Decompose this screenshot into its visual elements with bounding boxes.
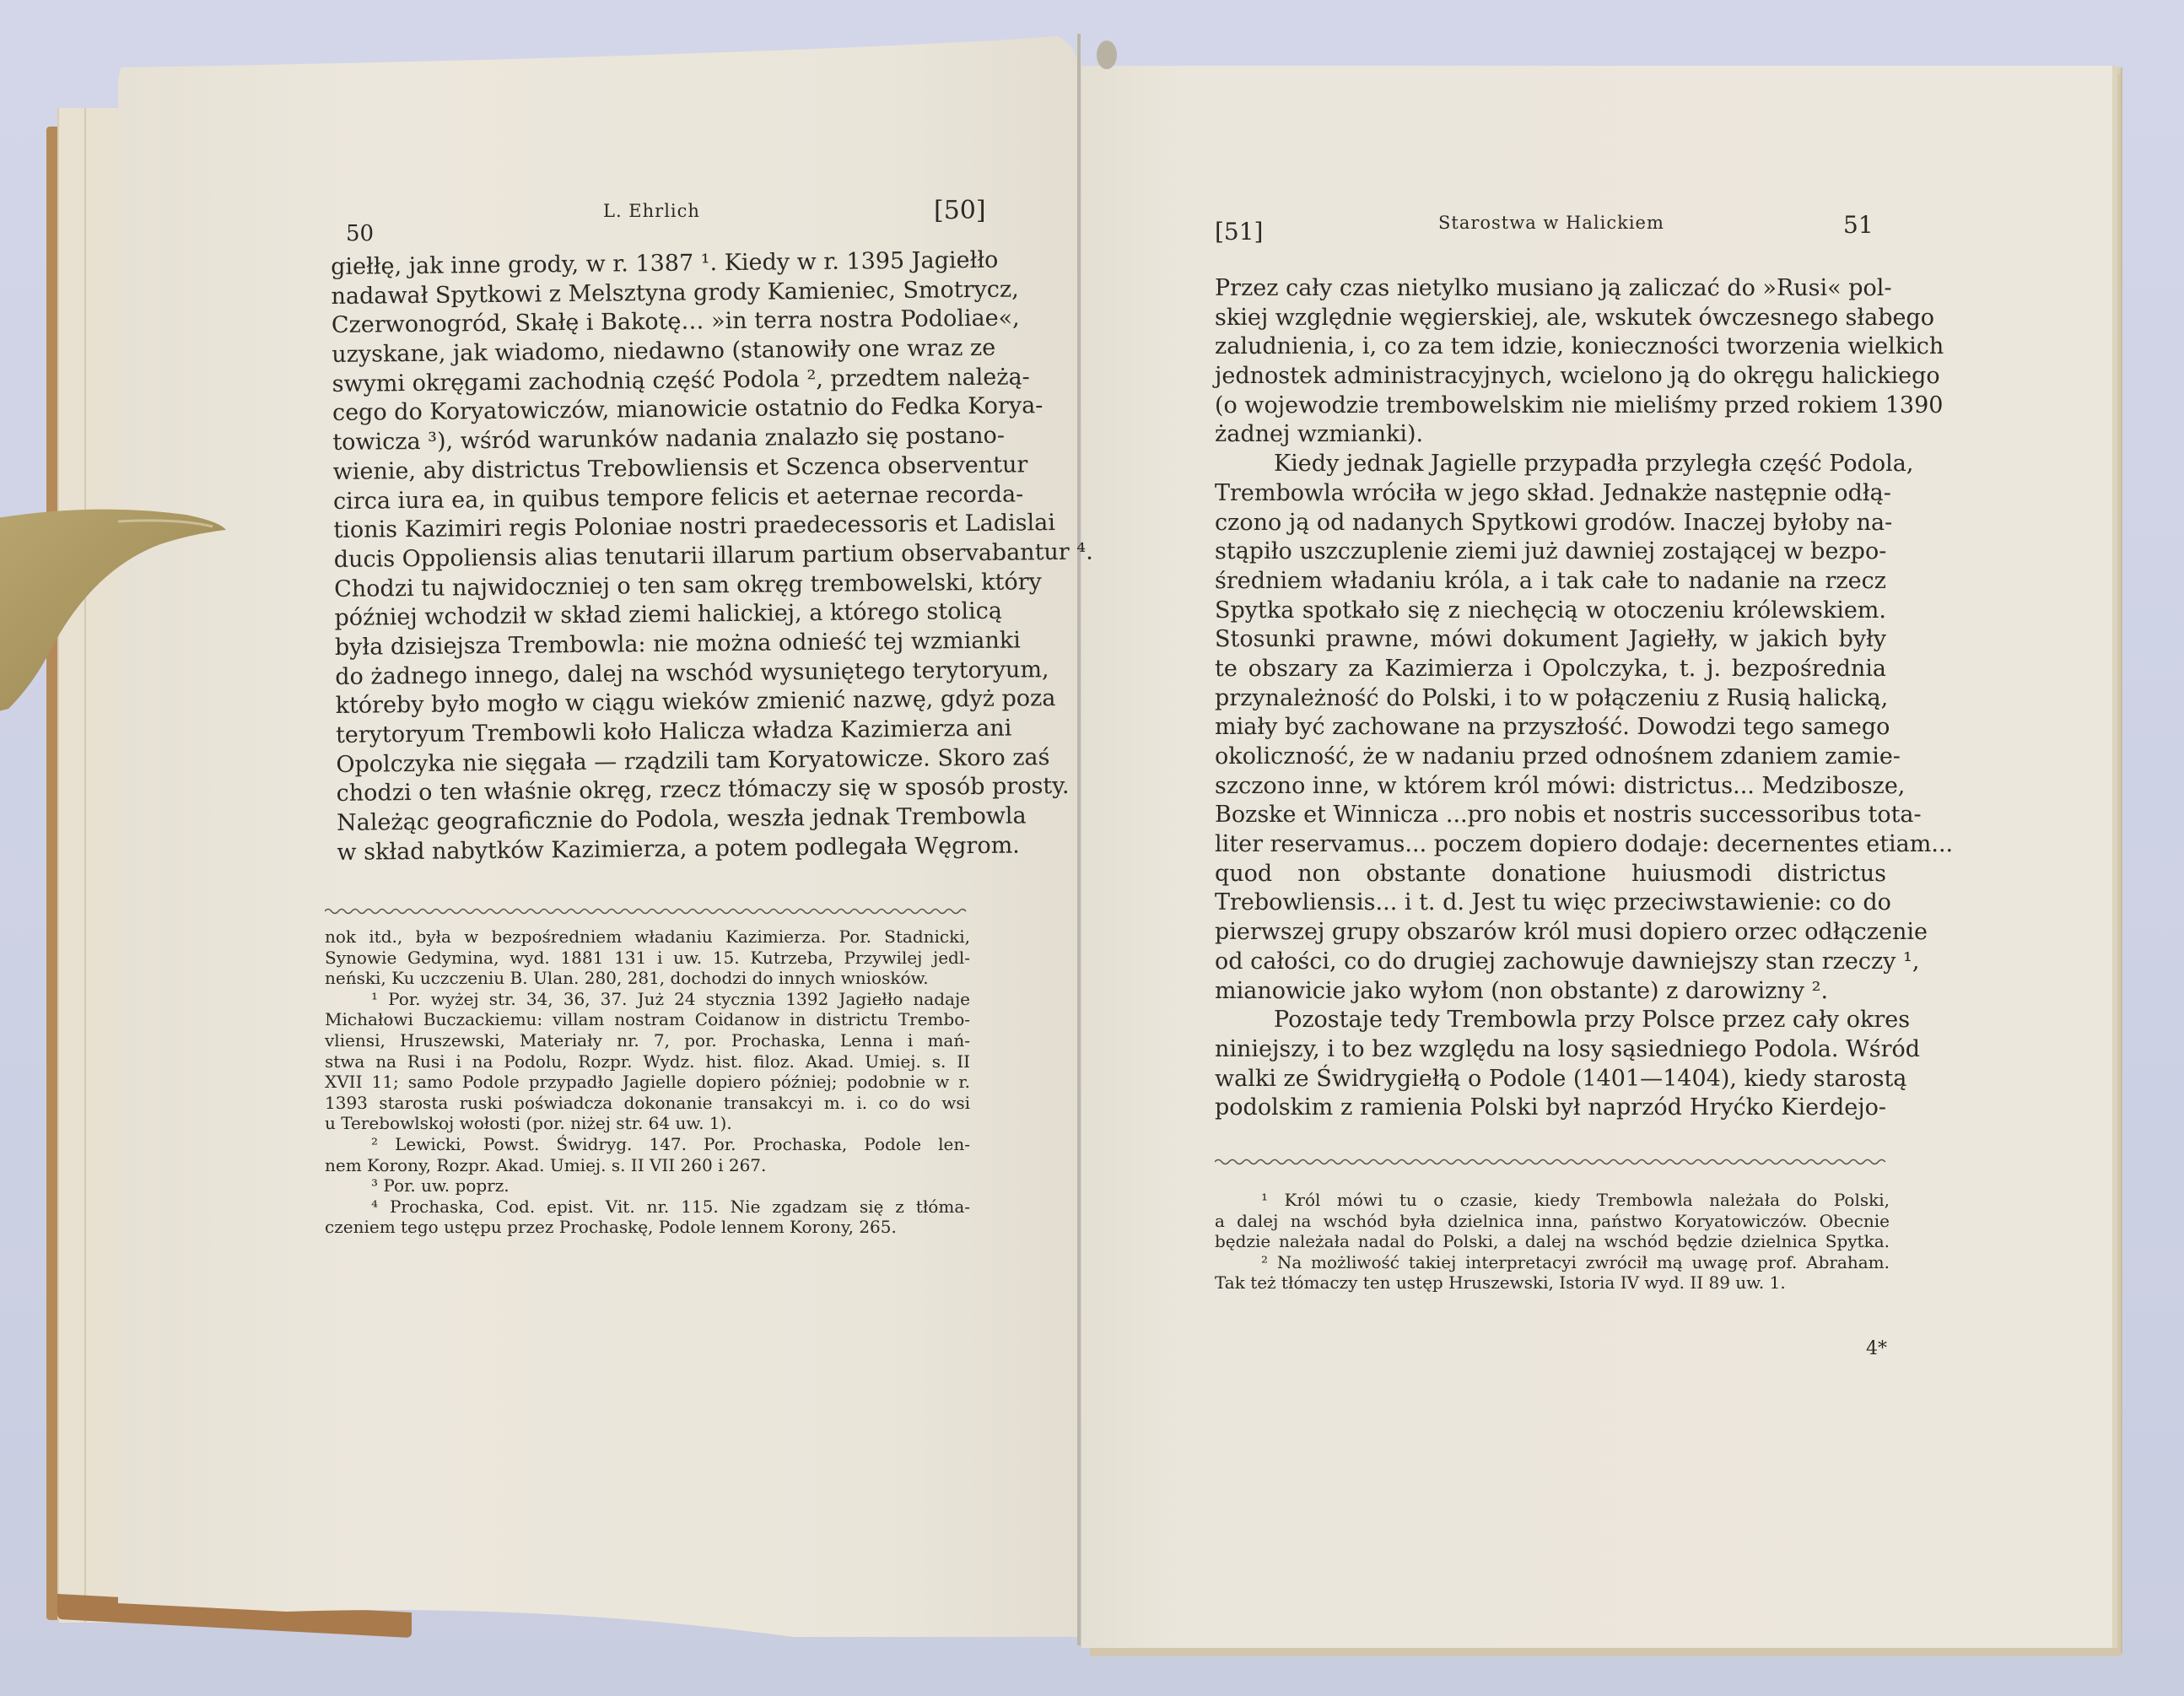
right-footnote-separator xyxy=(1215,1158,1890,1166)
body-line: Trembowla wróciła w jego skład. Jednakże… xyxy=(1215,479,1886,509)
body-line: podolskim z ramienia Polski był naprzód … xyxy=(1215,1094,1886,1123)
body-line: Kiedy jednak Jagielle przypadła przyległ… xyxy=(1215,450,1886,479)
right-running-head: Starostwa w Halickiem xyxy=(1438,213,1664,233)
footnote-line: u Terebowlskoj wołosti (por. niżej str. … xyxy=(325,1113,970,1134)
footnote-line: XVII 11; samo Podole przypadło Jagielle … xyxy=(325,1072,970,1093)
left-body-text: giełłę, jak inne grody, w r. 1387 ¹. Kie… xyxy=(331,246,985,867)
body-line: żadnej wzmianki). xyxy=(1215,420,1886,450)
left-bracket-page-number: [50] xyxy=(934,196,986,225)
body-line: miały być zachowane na przyszłość. Dowod… xyxy=(1215,713,1886,743)
left-running-head: L. Ehrlich xyxy=(603,201,700,221)
body-line: Pozostaje tedy Trembowla przy Polsce prz… xyxy=(1215,1006,1886,1035)
right-page-number: 51 xyxy=(1843,211,1874,239)
left-footnotes: nok itd., była w bezpośredniem władaniu … xyxy=(325,926,970,1238)
footnote-line: nok itd., była w bezpośredniem władaniu … xyxy=(325,926,970,948)
body-line: średniem władaniu króla, a i tak całe to… xyxy=(1215,567,1886,597)
footnote-line: Tak też tłómaczy ten ustęp Hruszewski, I… xyxy=(1215,1272,1890,1294)
footnote-line: 1393 starosta ruski poświadcza dokonanie… xyxy=(325,1093,970,1114)
body-line: walki ze Świdrygiełłą o Podole (1401—140… xyxy=(1215,1065,1886,1094)
footnote-line: ¹ Król mówi tu o czasie, kiedy Trembowla… xyxy=(1215,1190,1890,1211)
body-line: (o wojewodzie trembowelskim nie mieliśmy… xyxy=(1215,392,1886,421)
body-line: te obszary za Kazimierza i Opolczyka, t.… xyxy=(1215,655,1886,684)
body-line: od całości, co do drugiej zachowuje dawn… xyxy=(1215,948,1886,977)
right-bracket-page-number: [51] xyxy=(1215,218,1263,246)
body-line: stąpiło uszczuplenie ziemi już dawniej z… xyxy=(1215,537,1886,567)
body-line: zaludnienia, i, co za tem idzie, koniecz… xyxy=(1215,332,1886,362)
brass-bookmark-icon xyxy=(0,506,236,717)
open-book: 50 L. Ehrlich [50] giełłę, jak inne grod… xyxy=(0,0,2184,1696)
signature-mark: 4* xyxy=(1866,1338,1887,1359)
left-page-number: 50 xyxy=(346,221,374,246)
footnote-line: stwa na Rusi i na Podolu, Rozpr. Wydz. h… xyxy=(325,1051,970,1072)
body-line: niniejszy, i to bez względu na losy sąsi… xyxy=(1215,1035,1886,1065)
body-line: pierwszej grupy obszarów król musi dopie… xyxy=(1215,918,1886,948)
footnote-line: ¹ Por. wyżej str. 34, 36, 37. Już 24 sty… xyxy=(325,989,970,1010)
body-line: mianowicie jako wyłom (non obstante) z d… xyxy=(1215,977,1886,1007)
right-footnotes: ¹ Król mówi tu o czasie, kiedy Trembowla… xyxy=(1215,1190,1890,1294)
body-line: Trebowliensis... i t. d. Jest tu więc pr… xyxy=(1215,889,1886,918)
left-footnote-separator xyxy=(325,907,970,916)
body-line: czono ją od nadanych Spytkowi grodów. In… xyxy=(1215,509,1886,538)
footnote-line: ² Lewicki, Powst. Świdryg. 147. Por. Pro… xyxy=(325,1134,970,1155)
body-line: okoliczność, że w nadaniu przed odnośnem… xyxy=(1215,743,1886,772)
binding-thread xyxy=(1097,41,1117,69)
body-line: Bozske et Winnicza ...pro nobis et nostr… xyxy=(1215,801,1886,830)
footnote-line: a dalej na wschód była dzielnica inna, p… xyxy=(1215,1211,1890,1232)
body-line: Przez cały czas nietylko musiano ją zali… xyxy=(1215,274,1886,304)
footnote-line: będzie należała nadal do Polski, a dalej… xyxy=(1215,1231,1890,1252)
body-line: liter reservamus... poczem dopiero dodaj… xyxy=(1215,830,1886,860)
body-line: quod non obstante donatione huiusmodi di… xyxy=(1215,860,1886,889)
footnote-line: ² Na możliwość takiej interpretacyi zwró… xyxy=(1215,1252,1890,1273)
footnote-line: Synowie Gedymina, wyd. 1881 131 i uw. 15… xyxy=(325,948,970,969)
body-line: przynależność do Polski, i to w połączen… xyxy=(1215,684,1886,714)
book-spine xyxy=(1077,34,1081,1645)
body-line: szczono inne, w którem król mówi: distri… xyxy=(1215,772,1886,802)
footnote-line: vliensi, Hruszewski, Materiały nr. 7, po… xyxy=(325,1030,970,1051)
footnote-line: neński, Ku uczczeniu B. Ulan. 280, 281, … xyxy=(325,968,970,989)
footnote-line: ³ Por. uw. poprz. xyxy=(325,1175,970,1196)
footnote-line: czeniem tego ustępu przez Prochaskę, Pod… xyxy=(325,1217,970,1238)
body-line: jednostek administracyjnych, wcielono ją… xyxy=(1215,362,1886,392)
footnote-line: nem Korony, Rozpr. Akad. Umiej. s. II VI… xyxy=(325,1155,970,1176)
body-line: Stosunki prawne, mówi dokument Jagiełły,… xyxy=(1215,625,1886,655)
body-line: skiej względnie węgierskiej, ale, wskute… xyxy=(1215,304,1886,333)
body-line: Spytka spotkało się z niechęcią w otocze… xyxy=(1215,597,1886,626)
footnote-line: ⁴ Prochaska, Cod. epist. Vit. nr. 115. N… xyxy=(325,1196,970,1218)
footnote-line: Michałowi Buczackiemu: villam nostram Co… xyxy=(325,1009,970,1030)
right-body-text: Przez cały czas nietylko musiano ją zali… xyxy=(1215,274,1886,1123)
